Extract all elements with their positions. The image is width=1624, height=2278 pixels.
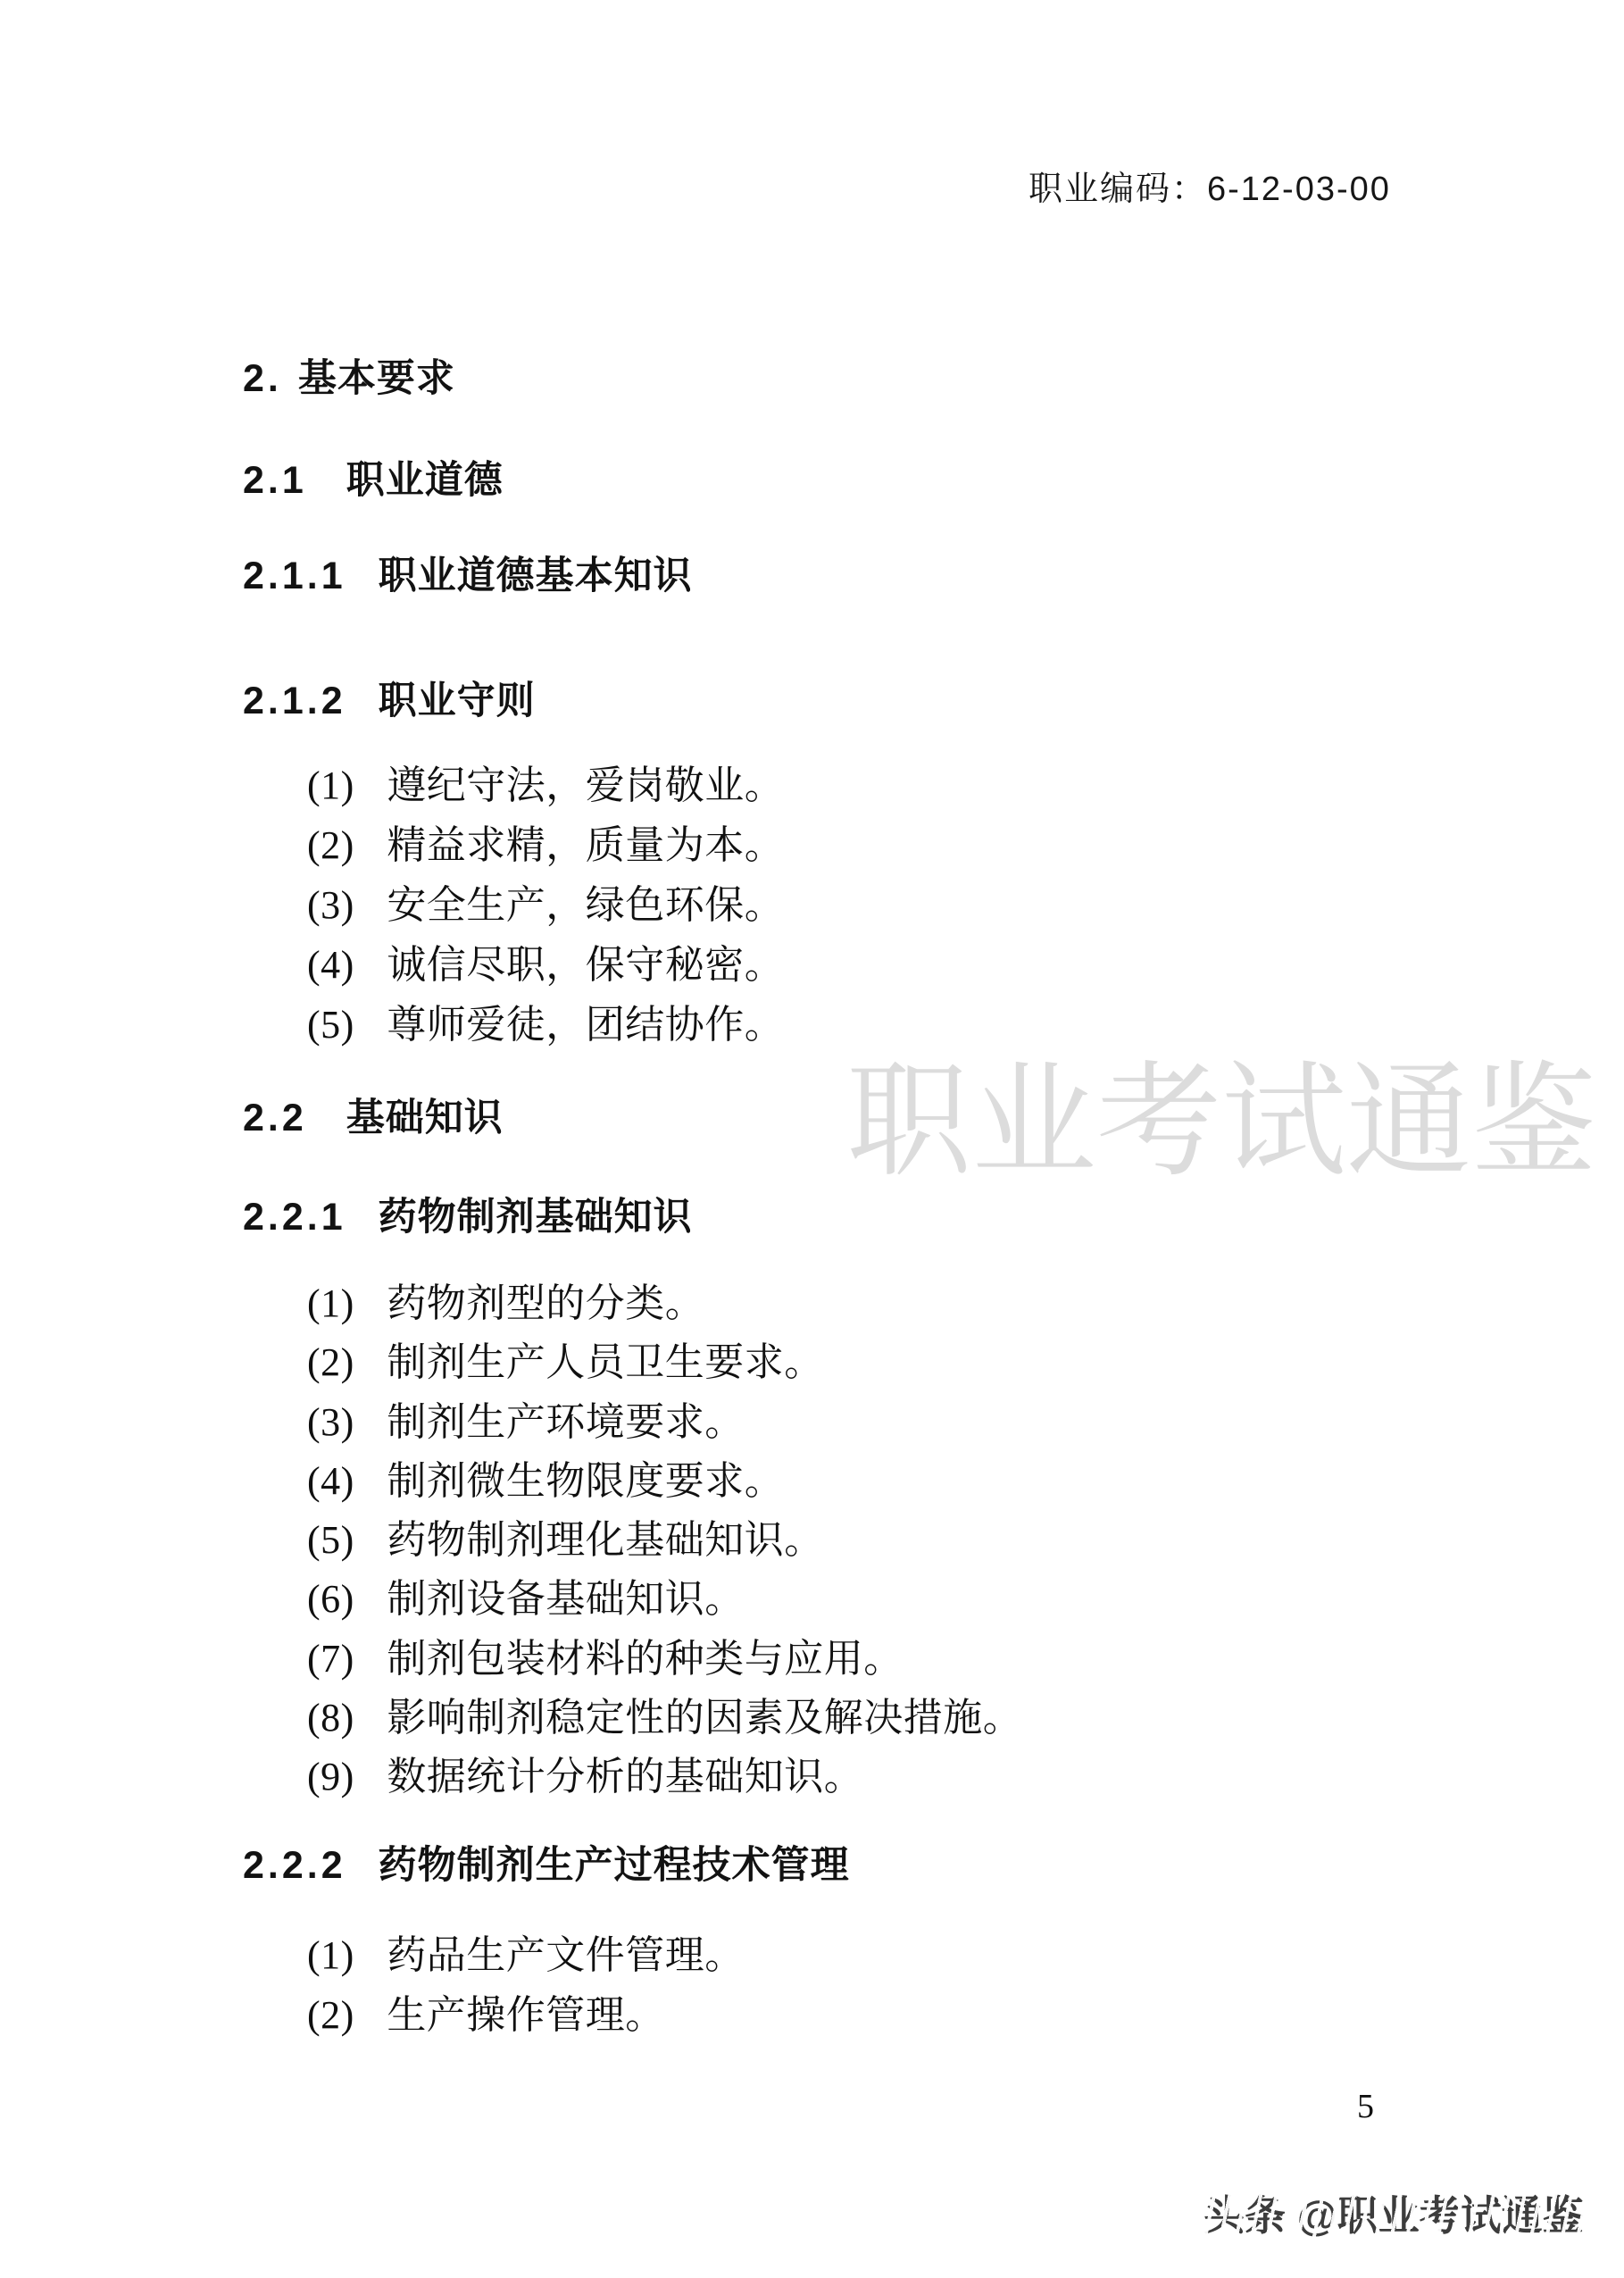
item-marker: (5) bbox=[307, 1003, 354, 1047]
section-title: 药物制剂生产过程技术管理 bbox=[379, 1847, 850, 1885]
item-text: 诚信尽职，保守秘密。 bbox=[387, 943, 784, 987]
item-text: 安全生产，绿色环保。 bbox=[387, 883, 784, 927]
item-marker: (2) bbox=[307, 1993, 354, 2037]
item-text: 药物制剂理化基础知识。 bbox=[387, 1518, 824, 1562]
list-item: (3) 安全生产，绿色环保。 bbox=[307, 886, 784, 925]
item-marker: (1) bbox=[307, 1281, 354, 1325]
section-heading-2-2-1: 2.2.1 药物制剂基础知识 bbox=[243, 1198, 693, 1237]
section-number: 2.2 bbox=[243, 1099, 307, 1138]
section-title: 职业道德基本知识 bbox=[379, 557, 693, 596]
section-title: 基本要求 bbox=[298, 360, 455, 398]
item-marker: (6) bbox=[307, 1577, 354, 1621]
item-marker: (3) bbox=[307, 1400, 354, 1444]
item-text: 遵纪守法，爱岗敬业。 bbox=[387, 764, 784, 807]
list-item: (2) 精益求精，质量为本。 bbox=[307, 826, 784, 865]
item-text: 制剂微生物限度要求。 bbox=[387, 1459, 784, 1503]
section-title: 职业道德 bbox=[346, 462, 504, 500]
section-heading-2-2-2: 2.2.2 药物制剂生产过程技术管理 bbox=[243, 1847, 850, 1885]
item-text: 药品生产文件管理。 bbox=[387, 1933, 745, 1977]
document-page: 职业编码：6-12-03-00 职业考试通鉴 2. 基本要求 2.1 职业道德 … bbox=[0, 0, 1624, 2278]
list-item: (1) 药物剂型的分类。 bbox=[307, 1284, 704, 1323]
list-item: (2) 制剂生产人员卫生要求。 bbox=[307, 1343, 824, 1382]
section-number: 2. bbox=[243, 360, 282, 398]
item-text: 精益求精，质量为本。 bbox=[387, 823, 784, 867]
item-text: 制剂设备基础知识。 bbox=[387, 1577, 745, 1621]
item-marker: (4) bbox=[307, 1459, 354, 1503]
list-item: (5) 尊师爱徒，团结协作。 bbox=[307, 1005, 784, 1045]
item-text: 药物剂型的分类。 bbox=[387, 1281, 704, 1325]
item-marker: (5) bbox=[307, 1518, 354, 1562]
item-text: 制剂生产人员卫生要求。 bbox=[387, 1340, 824, 1384]
item-marker: (4) bbox=[307, 943, 354, 987]
item-marker: (9) bbox=[307, 1755, 354, 1798]
section-heading-2-1: 2.1 职业道德 bbox=[243, 462, 504, 500]
section-heading-2-1-2: 2.1.2 职业守则 bbox=[243, 682, 536, 721]
section-number: 2.1.1 bbox=[243, 557, 346, 596]
list-item: (6) 制剂设备基础知识。 bbox=[307, 1580, 745, 1619]
list-item: (7) 制剂包装材料的种类与应用。 bbox=[307, 1640, 904, 1679]
item-marker: (7) bbox=[307, 1637, 354, 1681]
item-text: 尊师爱徒，团结协作。 bbox=[387, 1003, 784, 1047]
list-item: (4) 诚信尽职，保守秘密。 bbox=[307, 946, 784, 985]
list-item: (9) 数据统计分析的基础知识。 bbox=[307, 1757, 863, 1797]
item-text: 影响制剂稳定性的因素及解决措施。 bbox=[387, 1696, 1022, 1740]
section-heading-2: 2. 基本要求 bbox=[243, 360, 455, 398]
item-marker: (1) bbox=[307, 764, 354, 807]
page-watermark: 职业考试通鉴 bbox=[846, 1059, 1596, 1184]
section-title: 药物制剂基础知识 bbox=[379, 1198, 693, 1237]
page-number: 5 bbox=[1357, 2090, 1374, 2124]
list-item: (5) 药物制剂理化基础知识。 bbox=[307, 1521, 824, 1560]
section-heading-2-1-1: 2.1.1 职业道德基本知识 bbox=[243, 557, 693, 596]
list-item: (2) 生产操作管理。 bbox=[307, 1996, 665, 2035]
list-item: (3) 制剂生产环境要求。 bbox=[307, 1403, 745, 1442]
item-text: 数据统计分析的基础知识。 bbox=[387, 1755, 863, 1798]
section-number: 2.1 bbox=[243, 462, 307, 500]
item-text: 生产操作管理。 bbox=[387, 1993, 665, 2037]
item-marker: (2) bbox=[307, 1340, 354, 1384]
list-item: (8) 影响制剂稳定性的因素及解决措施。 bbox=[307, 1698, 1022, 1738]
section-number: 2.1.2 bbox=[243, 682, 346, 721]
list-item: (4) 制剂微生物限度要求。 bbox=[307, 1462, 784, 1501]
item-marker: (2) bbox=[307, 823, 354, 867]
item-marker: (3) bbox=[307, 883, 354, 927]
list-item: (1) 遵纪守法，爱岗敬业。 bbox=[307, 766, 784, 805]
item-text: 制剂包装材料的种类与应用。 bbox=[387, 1637, 904, 1681]
footer-watermark-text: 头条 @职业考试通鉴 bbox=[1203, 2192, 1584, 2239]
item-marker: (8) bbox=[307, 1696, 354, 1740]
list-item: (1) 药品生产文件管理。 bbox=[307, 1936, 745, 1975]
occupation-code: 职业编码：6-12-03-00 bbox=[1029, 161, 1391, 210]
section-number: 2.2.1 bbox=[243, 1198, 346, 1237]
section-number: 2.2.2 bbox=[243, 1847, 346, 1885]
section-heading-2-2: 2.2 基础知识 bbox=[243, 1099, 504, 1138]
section-title: 基础知识 bbox=[346, 1099, 504, 1138]
item-marker: (1) bbox=[307, 1933, 354, 1977]
footer-watermark: 头条 @职业考试通鉴 bbox=[1203, 2193, 1584, 2239]
item-text: 制剂生产环境要求。 bbox=[387, 1400, 745, 1444]
section-title: 职业守则 bbox=[379, 682, 536, 721]
